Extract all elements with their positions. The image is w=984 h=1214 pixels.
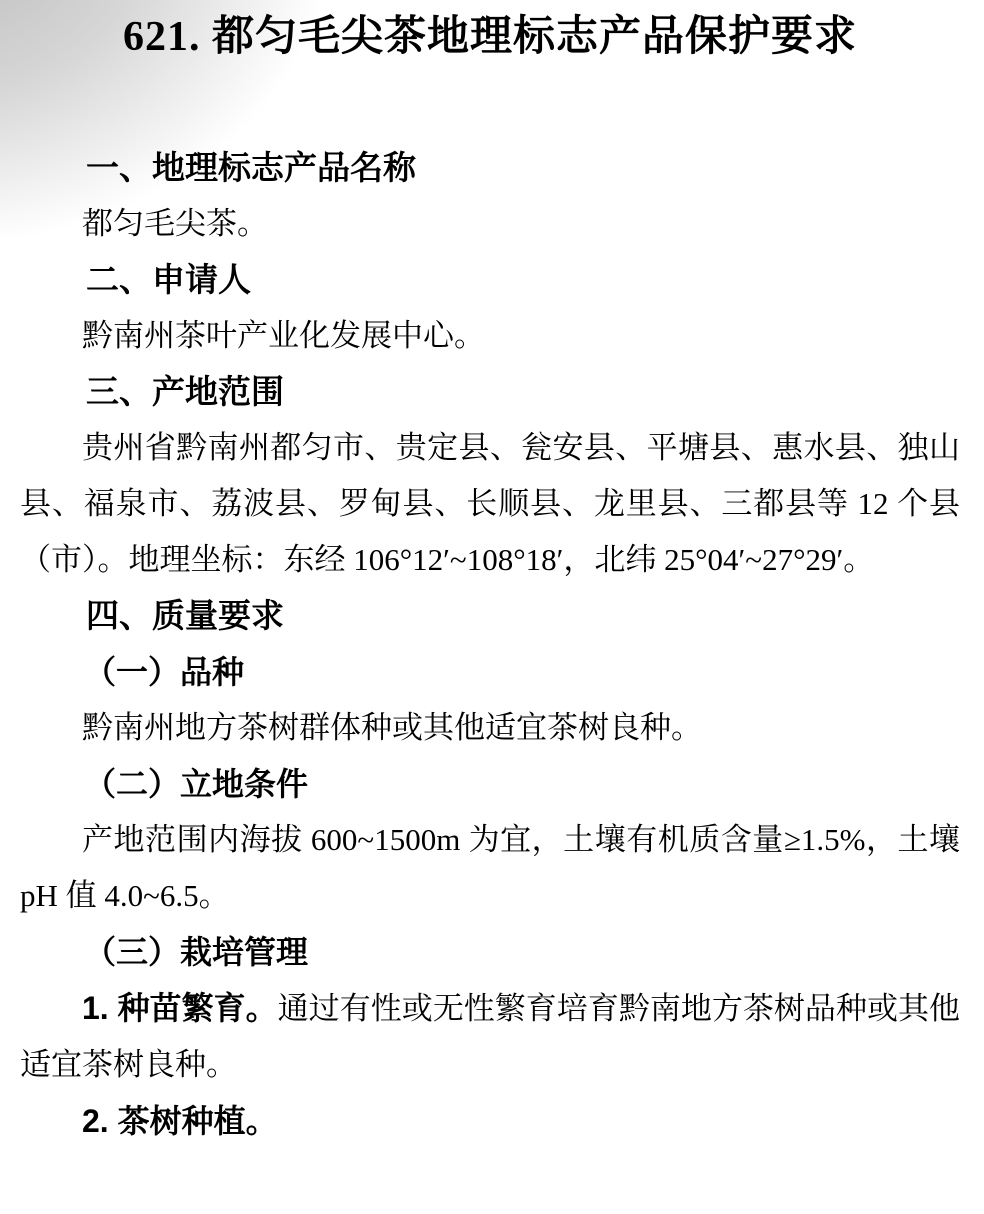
section-4-2-heading: （二）立地条件 xyxy=(20,756,960,812)
document-title: 621. 都匀毛尖茶地理标志产品保护要求 xyxy=(20,6,960,68)
section-1-heading: 一、地理标志产品名称 xyxy=(20,140,960,196)
section-3-body: 贵州省黔南州都匀市、贵定县、瓮安县、平塘县、惠水县、独山县、福泉市、荔波县、罗甸… xyxy=(20,420,960,588)
section-2-body: 黔南州茶叶产业化发展中心。 xyxy=(20,308,960,364)
document-content: 621. 都匀毛尖茶地理标志产品保护要求 一、地理标志产品名称 都匀毛尖茶。 二… xyxy=(20,0,960,1150)
item-1-label: 1. 种苗繁育。 xyxy=(82,990,278,1026)
section-2-heading: 二、申请人 xyxy=(20,252,960,308)
section-3-heading: 三、产地范围 xyxy=(20,364,960,420)
section-4-3-item-1: 1. 种苗繁育。通过有性或无性繁育培育黔南地方茶树品种或其他适宜茶树良种。 xyxy=(20,980,960,1093)
section-1-body: 都匀毛尖茶。 xyxy=(20,196,960,252)
section-4-3-heading: （三）栽培管理 xyxy=(20,924,960,980)
section-4-2-body: 产地范围内海拔 600~1500m 为宜，土壤有机质含量≥1.5%，土壤 pH … xyxy=(20,812,960,924)
section-4-1-heading: （一）品种 xyxy=(20,644,960,700)
section-4-heading: 四、质量要求 xyxy=(20,588,960,644)
section-4-1-body: 黔南州地方茶树群体种或其他适宜茶树良种。 xyxy=(20,700,960,756)
item-2-label: 2. 茶树种植。 xyxy=(82,1103,278,1139)
section-4-3-item-2: 2. 茶树种植。 xyxy=(20,1093,960,1150)
document-page: 621. 都匀毛尖茶地理标志产品保护要求 一、地理标志产品名称 都匀毛尖茶。 二… xyxy=(0,0,984,1214)
